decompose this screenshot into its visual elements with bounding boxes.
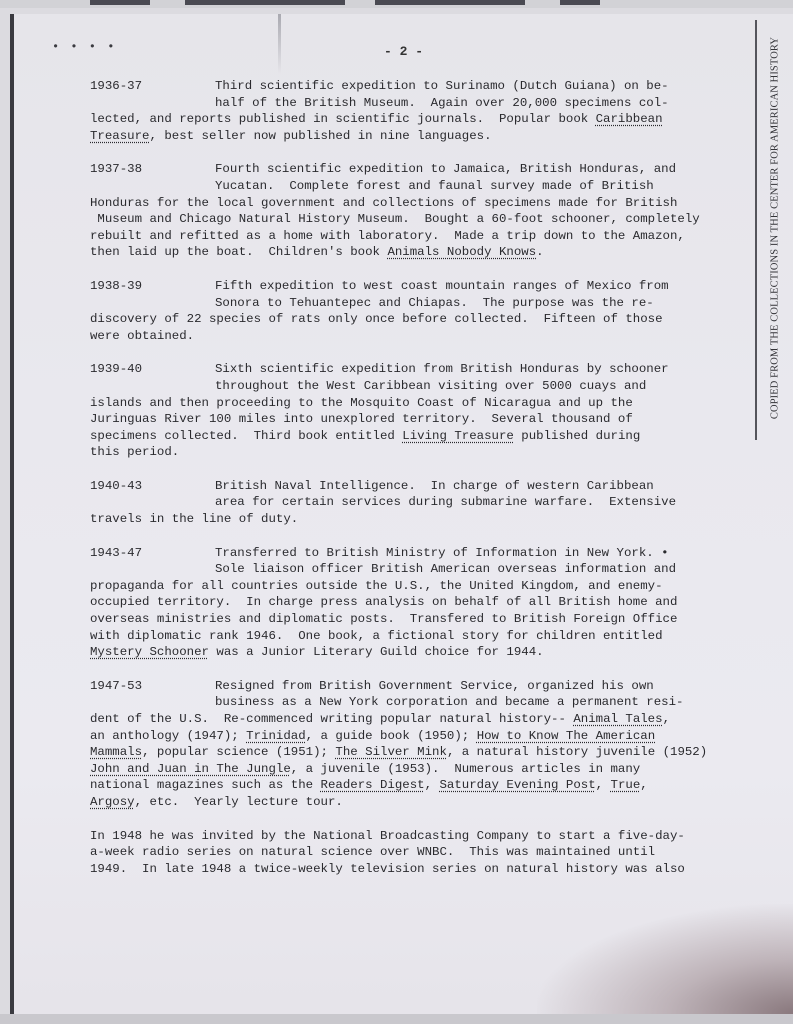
scan-shadow [537, 904, 793, 1014]
entry-text: business as a New York corporation and b… [215, 695, 683, 709]
book-title: Treasure [90, 129, 150, 143]
entry-text: occupied territory. In charge press anal… [90, 595, 677, 609]
timeline-entry: 1943-47Transferred to British Ministry o… [90, 545, 740, 661]
entry-text: propaganda for all countries outside the… [90, 579, 663, 593]
entry-text: specimens collected. Third book entitled [90, 429, 402, 443]
entry-line: Sole liaison officer British American ov… [90, 561, 740, 578]
scan-bottom-edge [0, 1014, 793, 1024]
entry-line: this period. [90, 444, 740, 461]
entry-text: Museum and Chicago Natural History Museu… [90, 212, 700, 226]
page-fold [278, 14, 281, 74]
book-title: Animals Nobody Knows [387, 245, 536, 259]
entry-text: Sonora to Tehuantepec and Chiapas. The p… [215, 296, 654, 310]
entry-text: overseas ministries and diplomatic posts… [90, 612, 677, 626]
entry-line: propaganda for all countries outside the… [90, 578, 740, 595]
entry-text: Yucatan. Complete forest and faunal surv… [215, 179, 654, 193]
archive-stamp-text: COPIED FROM THE COLLECTIONS IN THE CENTE… [770, 37, 781, 419]
entry-text: Honduras for the local government and co… [90, 196, 677, 210]
entry-year: 1943-47 [90, 545, 215, 562]
timeline-entry: 1939-40Sixth scientific expedition from … [90, 361, 740, 461]
paragraph-line: a-week radio series on natural science o… [90, 844, 740, 861]
entry-text: rebuilt and refitted as a home with labo… [90, 229, 685, 243]
document-body: 1936-37Third scientific expedition to Su… [90, 78, 740, 877]
entry-line: with diplomatic rank 1946. One book, a f… [90, 628, 740, 645]
entry-line: Treasure, best seller now published in n… [90, 128, 740, 145]
book-title: Readers Digest [321, 778, 425, 792]
scan-artifact [185, 0, 345, 5]
entry-line: business as a New York corporation and b… [90, 694, 740, 711]
entry-line: travels in the line of duty. [90, 511, 740, 528]
entry-text: Resigned from British Government Service… [215, 679, 654, 693]
entry-text: then laid up the boat. Children's book [90, 245, 387, 259]
book-title: How to Know The American [477, 729, 655, 743]
paragraph-line: 1949. In late 1948 a twice-weekly televi… [90, 861, 740, 878]
entry-line: then laid up the boat. Children's book A… [90, 244, 740, 261]
archive-stamp: COPIED FROM THE COLLECTIONS IN THE CENTE… [764, 28, 786, 428]
entry-line: occupied territory. In charge press anal… [90, 594, 740, 611]
entry-year: 1940-43 [90, 478, 215, 495]
book-title: Mammals [90, 745, 142, 759]
entry-text: half of the British Museum. Again over 2… [215, 96, 669, 110]
entry-text: , [640, 778, 647, 792]
entry-text: Transferred to British Ministry of Infor… [215, 546, 669, 560]
entry-line: Mammals, popular science (1951); The Sil… [90, 744, 740, 761]
entry-line: Mystery Schooner was a Junior Literary G… [90, 644, 740, 661]
page-number: - 2 - [384, 44, 423, 59]
scan-artifact [560, 0, 600, 5]
timeline-entry: 1936-37Third scientific expedition to Su… [90, 78, 740, 144]
entry-text: with diplomatic rank 1946. One book, a f… [90, 629, 663, 643]
entry-line: 1939-40Sixth scientific expedition from … [90, 361, 740, 378]
timeline-entry: 1947-53Resigned from British Government … [90, 678, 740, 811]
entry-line: half of the British Museum. Again over 2… [90, 95, 740, 112]
header-marks: • • • • [52, 40, 116, 54]
timeline-entry: 1940-43British Naval Intelligence. In ch… [90, 478, 740, 528]
entry-text: area for certain services during submari… [215, 495, 676, 509]
closing-paragraph: In 1948 he was invited by the National B… [90, 828, 740, 878]
entry-text: Third scientific expedition to Surinamo … [215, 79, 669, 93]
entry-text: this period. [90, 445, 179, 459]
entry-text: , a natural history juvenile (1952) [447, 745, 707, 759]
entry-line: Sonora to Tehuantepec and Chiapas. The p… [90, 295, 740, 312]
entry-line: dent of the U.S. Re-commenced writing po… [90, 711, 740, 728]
entry-text: dent of the U.S. Re-commenced writing po… [90, 712, 573, 726]
entry-text: , popular science (1951); [142, 745, 335, 759]
entry-text: throughout the West Caribbean visiting o… [215, 379, 646, 393]
entry-text: Fourth scientific expedition to Jamaica,… [215, 162, 676, 176]
entry-text: discovery of 22 species of rats only onc… [90, 312, 663, 326]
entry-text: an anthology (1947); [90, 729, 246, 743]
entry-line: 1937-38Fourth scientific expedition to J… [90, 161, 740, 178]
book-title: Caribbean [596, 112, 663, 126]
entry-line: Argosy, etc. Yearly lecture tour. [90, 794, 740, 811]
entry-year: 1947-53 [90, 678, 215, 695]
entry-text: lected, and reports published in scienti… [90, 112, 596, 126]
entry-text: , a juvenile (1953). Numerous articles i… [291, 762, 640, 776]
entry-text: travels in the line of duty. [90, 512, 298, 526]
entry-text: Fifth expedition to west coast mountain … [215, 279, 669, 293]
entry-line: John and Juan in The Jungle, a juvenile … [90, 761, 740, 778]
entry-line: rebuilt and refitted as a home with labo… [90, 228, 740, 245]
entry-text: , [663, 712, 670, 726]
entry-year: 1936-37 [90, 78, 215, 95]
book-title: Argosy [90, 795, 135, 809]
book-title: John and Juan in The Jungle [90, 762, 291, 776]
scan-artifact [90, 0, 150, 5]
book-title: Living Treasure [402, 429, 514, 443]
entry-line: discovery of 22 species of rats only onc… [90, 311, 740, 328]
entry-text: national magazines such as the [90, 778, 321, 792]
scan-top-edge [0, 0, 793, 8]
book-title: The Silver Mink [335, 745, 447, 759]
entry-line: Museum and Chicago Natural History Museu… [90, 211, 740, 228]
entry-line: Honduras for the local government and co… [90, 195, 740, 212]
binder-edge [755, 20, 757, 440]
timeline-entry: 1938-39Fifth expedition to west coast mo… [90, 278, 740, 344]
book-title: Saturday Evening Post [440, 778, 596, 792]
entry-year: 1938-39 [90, 278, 215, 295]
entry-line: Yucatan. Complete forest and faunal surv… [90, 178, 740, 195]
entry-text: Juringuas River 100 miles into unexplore… [90, 412, 633, 426]
entry-line: 1938-39Fifth expedition to west coast mo… [90, 278, 740, 295]
entry-line: an anthology (1947); Trinidad, a guide b… [90, 728, 740, 745]
entry-line: 1943-47Transferred to British Ministry o… [90, 545, 740, 562]
entry-text: Sixth scientific expedition from British… [215, 362, 669, 376]
paragraph-line: In 1948 he was invited by the National B… [90, 828, 740, 845]
entry-line: islands and then proceeding to the Mosqu… [90, 395, 740, 412]
book-title: Animal Tales [573, 712, 662, 726]
entry-text: islands and then proceeding to the Mosqu… [90, 396, 633, 410]
entry-text: , [425, 778, 440, 792]
entry-text: , etc. Yearly lecture tour. [135, 795, 343, 809]
entry-text: Sole liaison officer British American ov… [215, 562, 676, 576]
entry-text: , [596, 778, 611, 792]
entry-text: . [536, 245, 543, 259]
book-title: True [611, 778, 641, 792]
entry-line: throughout the West Caribbean visiting o… [90, 378, 740, 395]
entry-line: Juringuas River 100 miles into unexplore… [90, 411, 740, 428]
entry-line: area for certain services during submari… [90, 494, 740, 511]
entry-text: British Naval Intelligence. In charge of… [215, 479, 654, 493]
entry-year: 1939-40 [90, 361, 215, 378]
entry-line: national magazines such as the Readers D… [90, 777, 740, 794]
entry-line: 1940-43British Naval Intelligence. In ch… [90, 478, 740, 495]
entry-line: lected, and reports published in scienti… [90, 111, 740, 128]
entry-line: 1947-53Resigned from British Government … [90, 678, 740, 695]
entry-text: published during [514, 429, 640, 443]
entry-line: overseas ministries and diplomatic posts… [90, 611, 740, 628]
entry-text: , best seller now published in nine lang… [150, 129, 492, 143]
scan-artifact [375, 0, 525, 5]
entry-line: specimens collected. Third book entitled… [90, 428, 740, 445]
entry-text: was a Junior Literary Guild choice for 1… [209, 645, 544, 659]
book-title: Trinidad [246, 729, 306, 743]
book-title: Mystery Schooner [90, 645, 209, 659]
timeline-entry: 1937-38Fourth scientific expedition to J… [90, 161, 740, 261]
entry-year: 1937-38 [90, 161, 215, 178]
entry-line: 1936-37Third scientific expedition to Su… [90, 78, 740, 95]
entry-text: , a guide book (1950); [306, 729, 477, 743]
entry-line: were obtained. [90, 328, 740, 345]
entry-text: were obtained. [90, 329, 194, 343]
